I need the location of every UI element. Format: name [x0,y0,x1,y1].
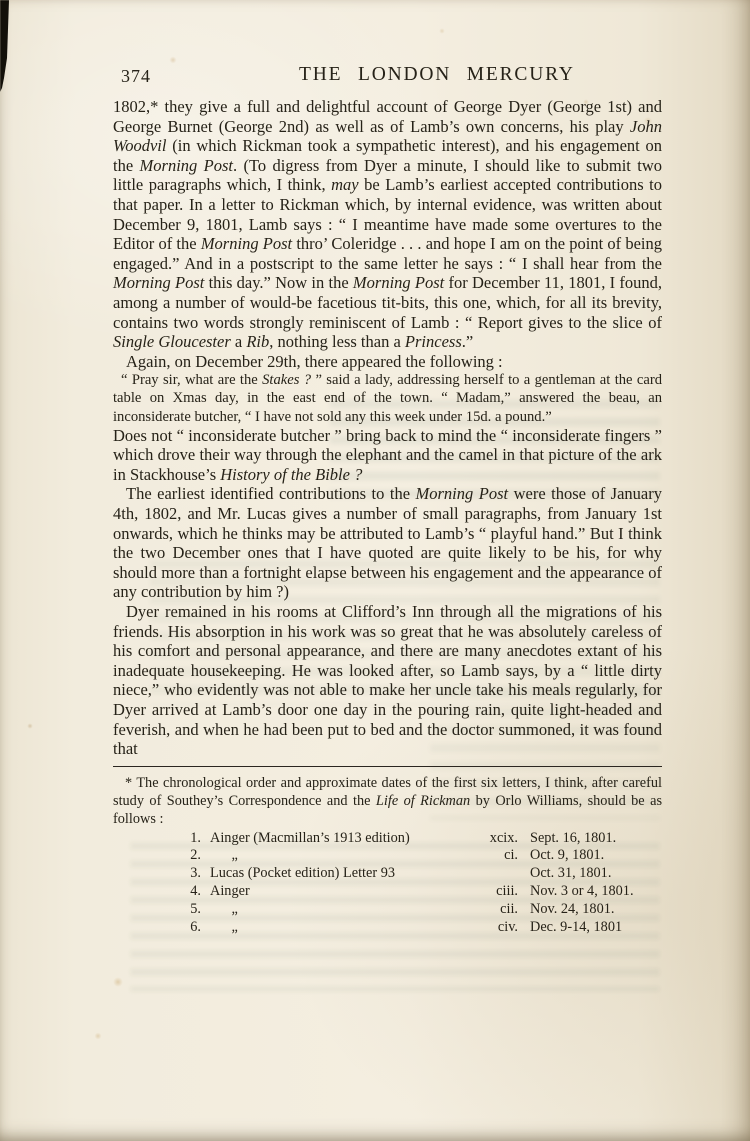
body-paragraph-5: Dyer remained in his rooms at Clifford’s… [113,602,662,759]
footnote-item-numeral: civ. [464,919,518,937]
footnote-item-number: 2. [113,847,201,865]
footnote-item-source: „ [201,919,464,937]
footnote-item-numeral: ciii. [464,883,518,901]
footnote-item: 3.Lucas (Pocket edition) Letter 93Oct. 3… [113,865,662,883]
footnote-item: 5. „cii.Nov. 24, 1801. [113,901,662,919]
footnote-item: 1.Ainger (Macmillan’s 1913 edition)xcix.… [113,830,662,848]
footnote-item-source: Lucas (Pocket edition) Letter 93 [201,865,464,883]
journal-title: THE LONDON MERCURY [299,64,575,86]
footnote-item-numeral: xcix. [464,830,518,848]
footnote-item-date: Nov. 24, 1801. [530,901,614,919]
footnote-item: 4.Aingerciii.Nov. 3 or 4, 1801. [113,883,662,901]
body-paragraph-2: Again, on December 29th, there appeared … [113,352,662,372]
page-body: 1802,* they give a full and delightful a… [113,97,662,936]
page-number: 374 [121,66,151,87]
footnote-item-date: Sept. 16, 1801. [530,830,616,848]
footnote-item-numeral: cii. [464,901,518,919]
footnote: * The chronological order and approximat… [113,775,662,936]
footnote-item-date: Oct. 9, 1801. [530,847,604,865]
footnote-item-date: Dec. 9-14, 1801 [530,919,622,937]
footnote-item-number: 1. [113,830,201,848]
footnote-item-numeral: ci. [464,847,518,865]
footnote-item: 6. „civ.Dec. 9-14, 1801 [113,919,662,937]
body-paragraph-1: 1802,* they give a full and delightful a… [113,97,662,352]
footnote-letter-list: 1.Ainger (Macmillan’s 1913 edition)xcix.… [113,830,662,937]
block-quote: “ Pray sir, what are the Stakes ? ” said… [113,371,662,425]
footnote-item-source: Ainger [201,883,464,901]
footnote-item-date: Nov. 3 or 4, 1801. [530,883,634,901]
footnote-item-source: „ [201,847,464,865]
footnote-item-source: Ainger (Macmillan’s 1913 edition) [201,830,464,848]
footnote-item-number: 5. [113,901,201,919]
footnote-rule [113,766,662,768]
body-paragraph-3: Does not “ inconsiderate butcher ” bring… [113,426,662,485]
footnote-item: 2. „ci.Oct. 9, 1801. [113,847,662,865]
body-paragraph-4: The earliest identified contributions to… [113,484,662,602]
footnote-item-date: Oct. 31, 1801. [530,865,611,883]
footnote-intro: * The chronological order and approximat… [113,775,662,828]
footnote-item-number: 6. [113,919,201,937]
footnote-item-numeral [464,865,518,883]
footnote-item-source: „ [201,901,464,919]
footnote-item-number: 4. [113,883,201,901]
footnote-item-number: 3. [113,865,201,883]
